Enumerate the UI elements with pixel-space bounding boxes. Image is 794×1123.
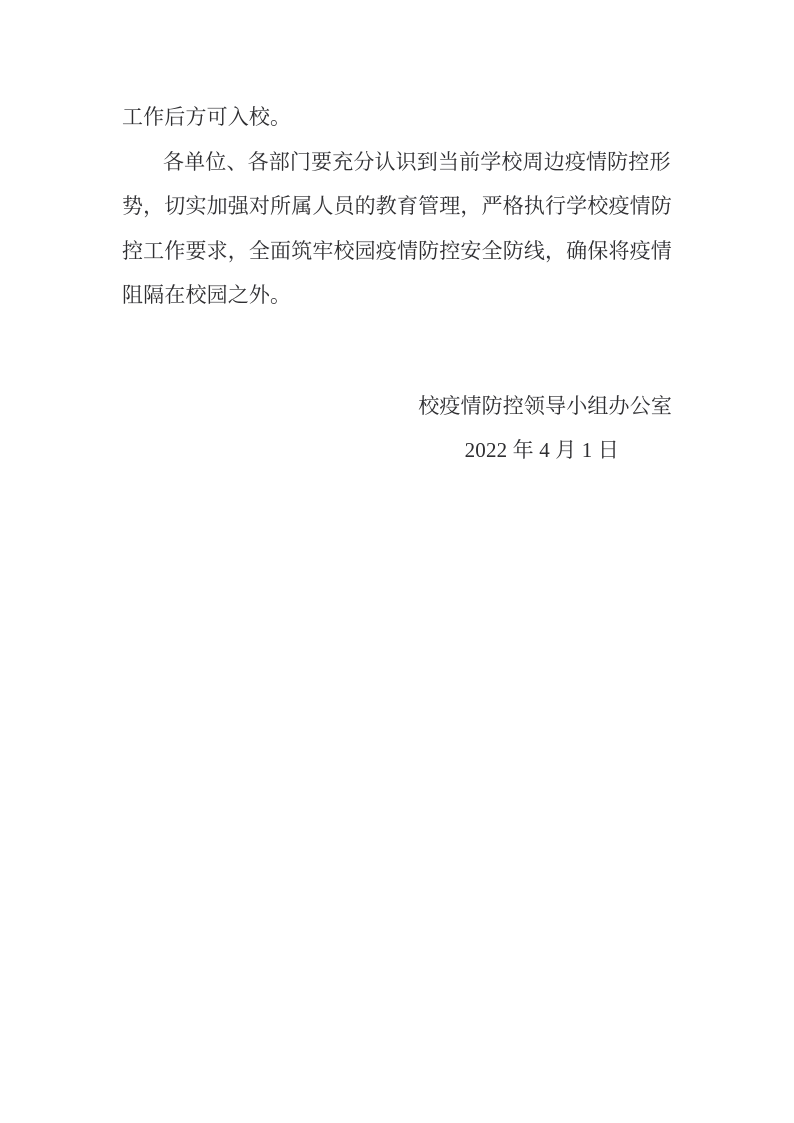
date-line: 2022 年 4 月 1 日 xyxy=(122,428,673,473)
body-text-line: 阻隔在校园之外。 xyxy=(122,273,673,318)
document-body: 工作后方可入校。 各单位、各部门要充分认识到当前学校周边疫情防控形 势，切实加强… xyxy=(122,95,673,473)
body-text-line: 势，切实加强对所属人员的教育管理，严格执行学校疫情防 xyxy=(122,184,673,229)
signature-line: 校疫情防控领导小组办公室 xyxy=(122,384,673,429)
body-text-line: 控工作要求，全面筑牢校园疫情防控安全防线，确保将疫情 xyxy=(122,229,673,274)
body-text-line: 工作后方可入校。 xyxy=(122,95,673,140)
document-page: 工作后方可入校。 各单位、各部门要充分认识到当前学校周边疫情防控形 势，切实加强… xyxy=(0,0,794,1123)
body-text-line: 各单位、各部门要充分认识到当前学校周边疫情防控形 xyxy=(122,140,673,185)
